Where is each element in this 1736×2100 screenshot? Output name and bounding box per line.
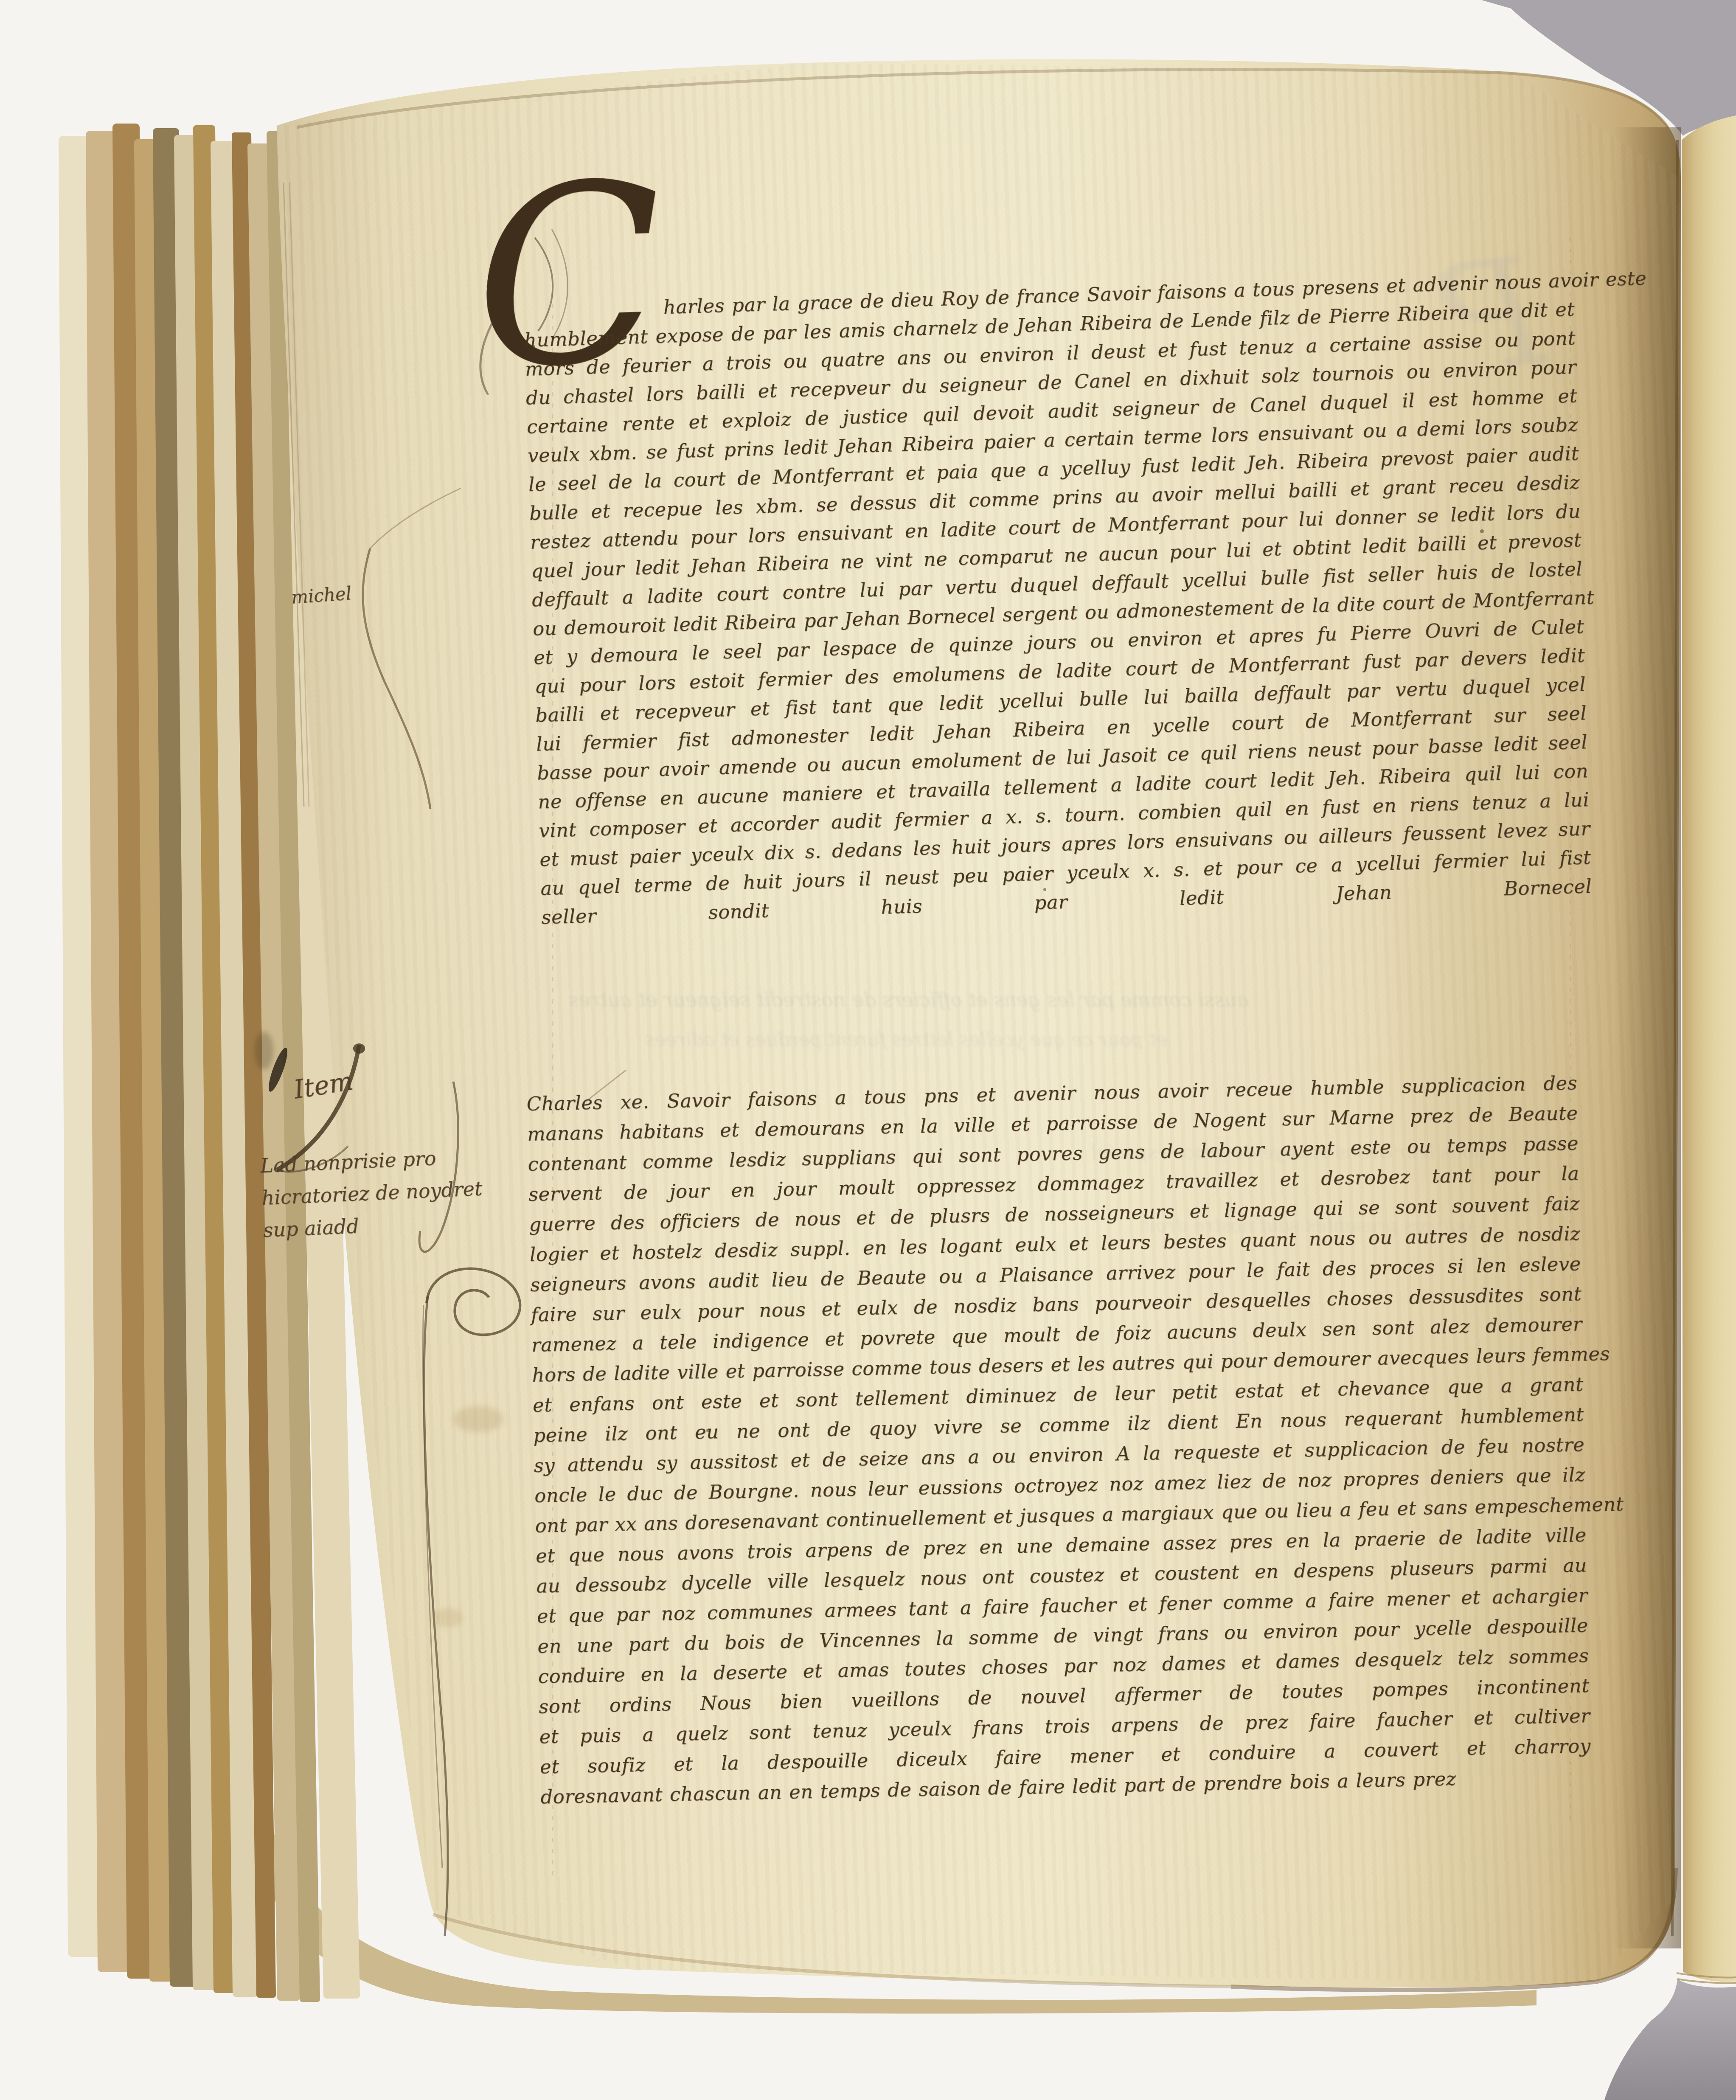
show-through-line: et pour ce que ycelles lettres furent pe… xyxy=(645,1029,1167,1051)
margin-note-michel: michel xyxy=(290,583,352,608)
ink-smudge xyxy=(255,1032,273,1070)
item-note-swash xyxy=(353,1043,365,1054)
manuscript-photo: aussi comme par les gens et officiers de… xyxy=(0,0,1736,2100)
show-through-line: aussi comme par les gens et officiers de… xyxy=(569,988,1249,1011)
text-block-first-act: harles par la grace de dieu Roy de franc… xyxy=(523,266,1593,961)
gutter-shadow xyxy=(1613,127,1681,1948)
facing-page-edge xyxy=(1682,115,1736,1982)
parchment-stain xyxy=(432,1608,463,1628)
parchment-stain xyxy=(453,1406,503,1432)
